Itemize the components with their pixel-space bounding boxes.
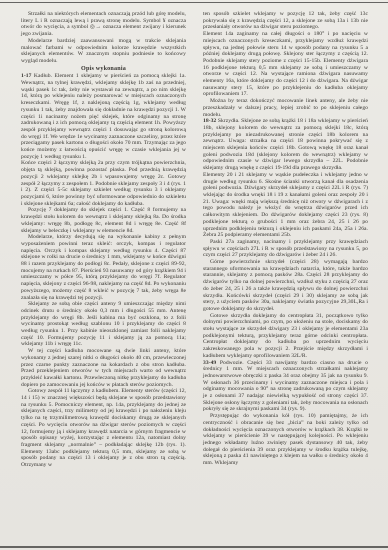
section-heading: Opis wykonania <box>21 66 186 73</box>
paragraph: 33-49 Podwozie. Części 33 nawijamy bardz… <box>203 360 368 414</box>
right-column: ten sposób szkielet wklejamy w pozycję 1… <box>203 11 368 469</box>
paragraph: Przystępując do wykonania kół (rys. 10) … <box>203 413 368 467</box>
paragraph: 1-17 Kadłub. Element 1 sklejamy w pierśc… <box>21 73 186 160</box>
paragraph: Gotowy zespół 11 łączymy z kadłubem. Ele… <box>21 388 186 468</box>
paragraph: Paski 27a zaginamy, nacinamy i przykleja… <box>203 239 368 259</box>
section-number: 1-17 <box>21 73 34 79</box>
section-number: 18-32 <box>203 118 218 124</box>
paragraph: Końce części 2 łączymy sklejką 2a przy c… <box>21 160 186 207</box>
paragraph: Sklejamy ze sobą obie części anteny 9 um… <box>21 301 186 348</box>
paragraph: Górne powierzchnie skrzydeł (części 28) … <box>203 259 368 313</box>
paragraph: Modelarze bardziej zaawansowani mogą w t… <box>21 38 186 65</box>
paragraph: Elementy 20 i 21 sklejamy w wąskie pudeł… <box>203 172 368 239</box>
left-column: Strzałki na niektórych elementach oznacz… <box>21 11 186 469</box>
text-columns: Strzałki na niektórych elementach oznacz… <box>21 11 368 469</box>
section-number: 33-49 <box>203 360 220 366</box>
paragraph: ten sposób szkielet wklejamy w pozycję 1… <box>203 11 368 31</box>
paragraph: Element 14a zaginamy na całej długości o… <box>203 31 368 98</box>
document-page: Strzałki na niektórych elementach oznacz… <box>0 0 388 550</box>
paragraph: Można by teraz dokończyć mocowanie linek… <box>203 98 368 118</box>
paragraph: W tej części kadłuba mocowane są dwie li… <box>21 348 186 388</box>
scan-edge-line-bottom <box>0 546 388 548</box>
paragraph: Strzałki na niektórych elementach oznacz… <box>21 11 186 38</box>
scan-edge-line-top <box>0 2 388 3</box>
paragraph: Modelarze, którzy decydują się na wykona… <box>21 234 186 301</box>
paragraph: Gotowe skrzydła doklejamy do centropłata… <box>203 313 368 360</box>
paragraph: 18-32 Skrzydła. Sklejone ze sobą krążki … <box>203 118 368 172</box>
paragraph: Pozycję 7 doklejamy do sklejek części 1.… <box>21 207 186 234</box>
